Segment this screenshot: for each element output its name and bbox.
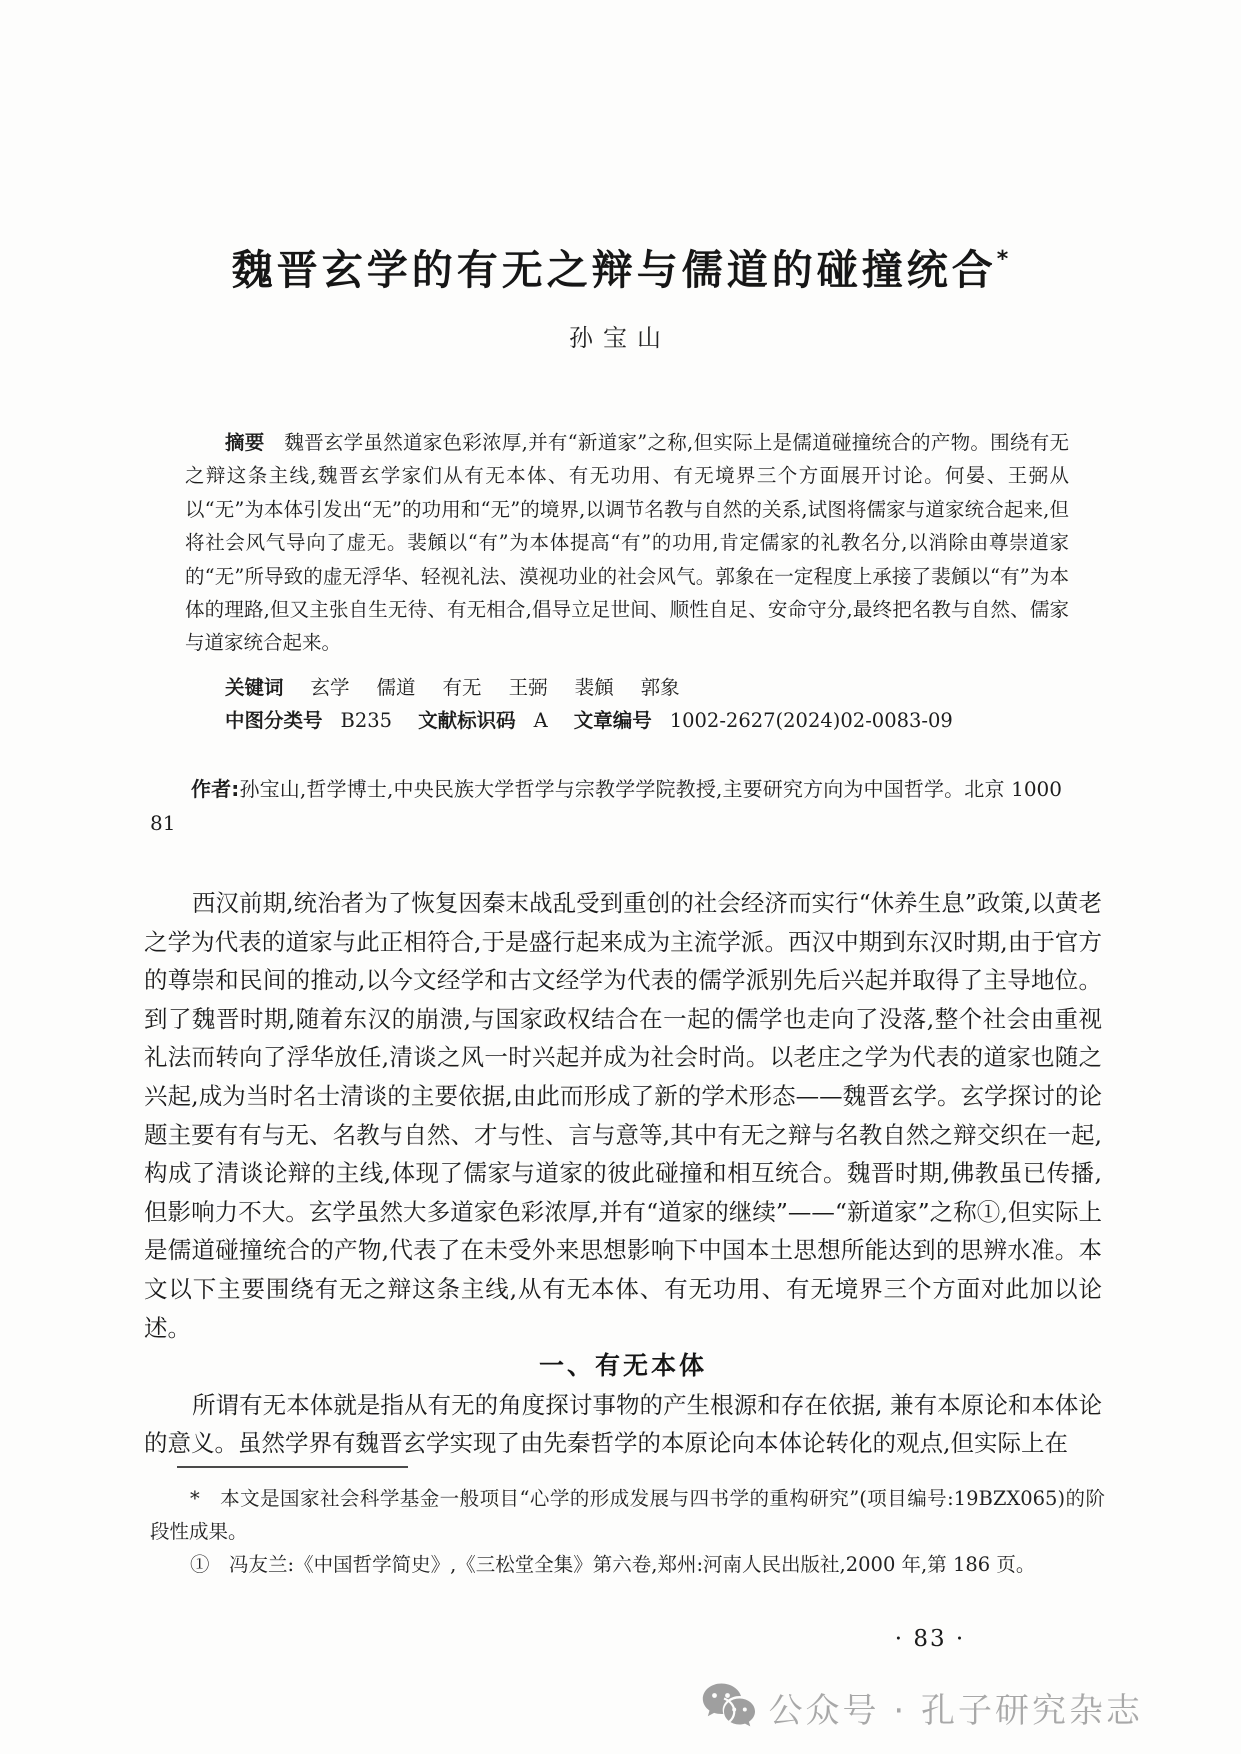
title-footnote-asterisk: * — [997, 247, 1009, 272]
footnote-star: * 本文是国家社会科学基金一般项目“心学的形成发展与四书学的重构研究”(项目编号… — [150, 1482, 1105, 1548]
watermark-text: 公众号 · 孔子研究杂志 — [769, 1683, 1143, 1732]
keyword-item: 裴頠 — [575, 676, 614, 699]
abstract-label: 摘要 — [225, 431, 265, 454]
wechat-icon — [701, 1682, 755, 1732]
keyword-item: 有无 — [443, 676, 482, 699]
footnote-divider — [177, 1466, 408, 1468]
page-number: · 83 · — [860, 1626, 1000, 1652]
article-id-value: 1002-2627(2024)02-0083-09 — [670, 709, 953, 732]
body-paragraph-1: 西汉前期,统治者为了恢复因秦末战乱受到重创的社会经济而实行“休养生息”政策,以黄… — [144, 884, 1102, 1347]
footer-watermark: 公众号 · 孔子研究杂志 — [701, 1682, 1143, 1732]
classification-line: 中图分类号B235文献标识码A文章编号1002-2627(2024)02-008… — [185, 704, 1069, 737]
keywords-label: 关键词 — [225, 676, 284, 699]
abstract-text: 魏晋玄学虽然道家色彩浓厚,并有“新道家”之称,但实际上是儒道碰撞统合的产物。围绕… — [185, 431, 1069, 654]
author-name: 孙宝山 — [120, 318, 1120, 353]
body-paragraph-2: 所谓有无本体就是指从有无的角度探讨事物的产生根源和存在依据, 兼有本原论和本体论… — [144, 1386, 1102, 1463]
keyword-item: 郭象 — [641, 676, 680, 699]
keyword-item: 玄学 — [311, 676, 350, 699]
keyword-item: 王弼 — [509, 676, 548, 699]
author-note-text: 孙宝山,哲学博士,中央民族大学哲学与宗教学学院教授,主要研究方向为中国哲学。北京… — [150, 777, 1062, 835]
article-title: 魏晋玄学的有无之辩与儒道的碰撞统合* — [120, 237, 1120, 296]
author-note-label: 作者: — [191, 777, 239, 801]
clc-label: 中图分类号 — [225, 709, 323, 732]
doc-code-value: A — [534, 709, 548, 732]
article-title-text: 魏晋玄学的有无之辩与儒道的碰撞统合 — [232, 246, 997, 294]
keyword-item: 儒道 — [377, 676, 416, 699]
front-matter: 摘要 魏晋玄学虽然道家色彩浓厚,并有“新道家”之称,但实际上是儒道碰撞统合的产物… — [185, 426, 1069, 738]
footnote-1: ① 冯友兰:《中国哲学简史》,《三松堂全集》第六卷,郑州:河南人民出版社,200… — [150, 1548, 1105, 1581]
doc-code-label: 文献标识码 — [418, 709, 516, 732]
keywords-line: 关键词玄学儒道有无王弼裴頠郭象 — [185, 671, 1069, 704]
author-note: 作者:孙宝山,哲学博士,中央民族大学哲学与宗教学学院教授,主要研究方向为中国哲学… — [150, 772, 1062, 840]
journal-page: 魏晋玄学的有无之辩与儒道的碰撞统合* 孙宝山 摘要 魏晋玄学虽然道家色彩浓厚,并… — [0, 0, 1241, 1754]
article-id-label: 文章编号 — [574, 709, 652, 732]
clc-value: B235 — [341, 709, 393, 732]
article-body: 西汉前期,统治者为了恢复因秦末战乱受到重创的社会经济而实行“休养生息”政策,以黄… — [144, 884, 1102, 1463]
section-heading-1: 一、有无本体 — [144, 1347, 1102, 1386]
abstract: 摘要 魏晋玄学虽然道家色彩浓厚,并有“新道家”之称,但实际上是儒道碰撞统合的产物… — [185, 426, 1069, 660]
footnotes: * 本文是国家社会科学基金一般项目“心学的形成发展与四书学的重构研究”(项目编号… — [150, 1482, 1105, 1581]
